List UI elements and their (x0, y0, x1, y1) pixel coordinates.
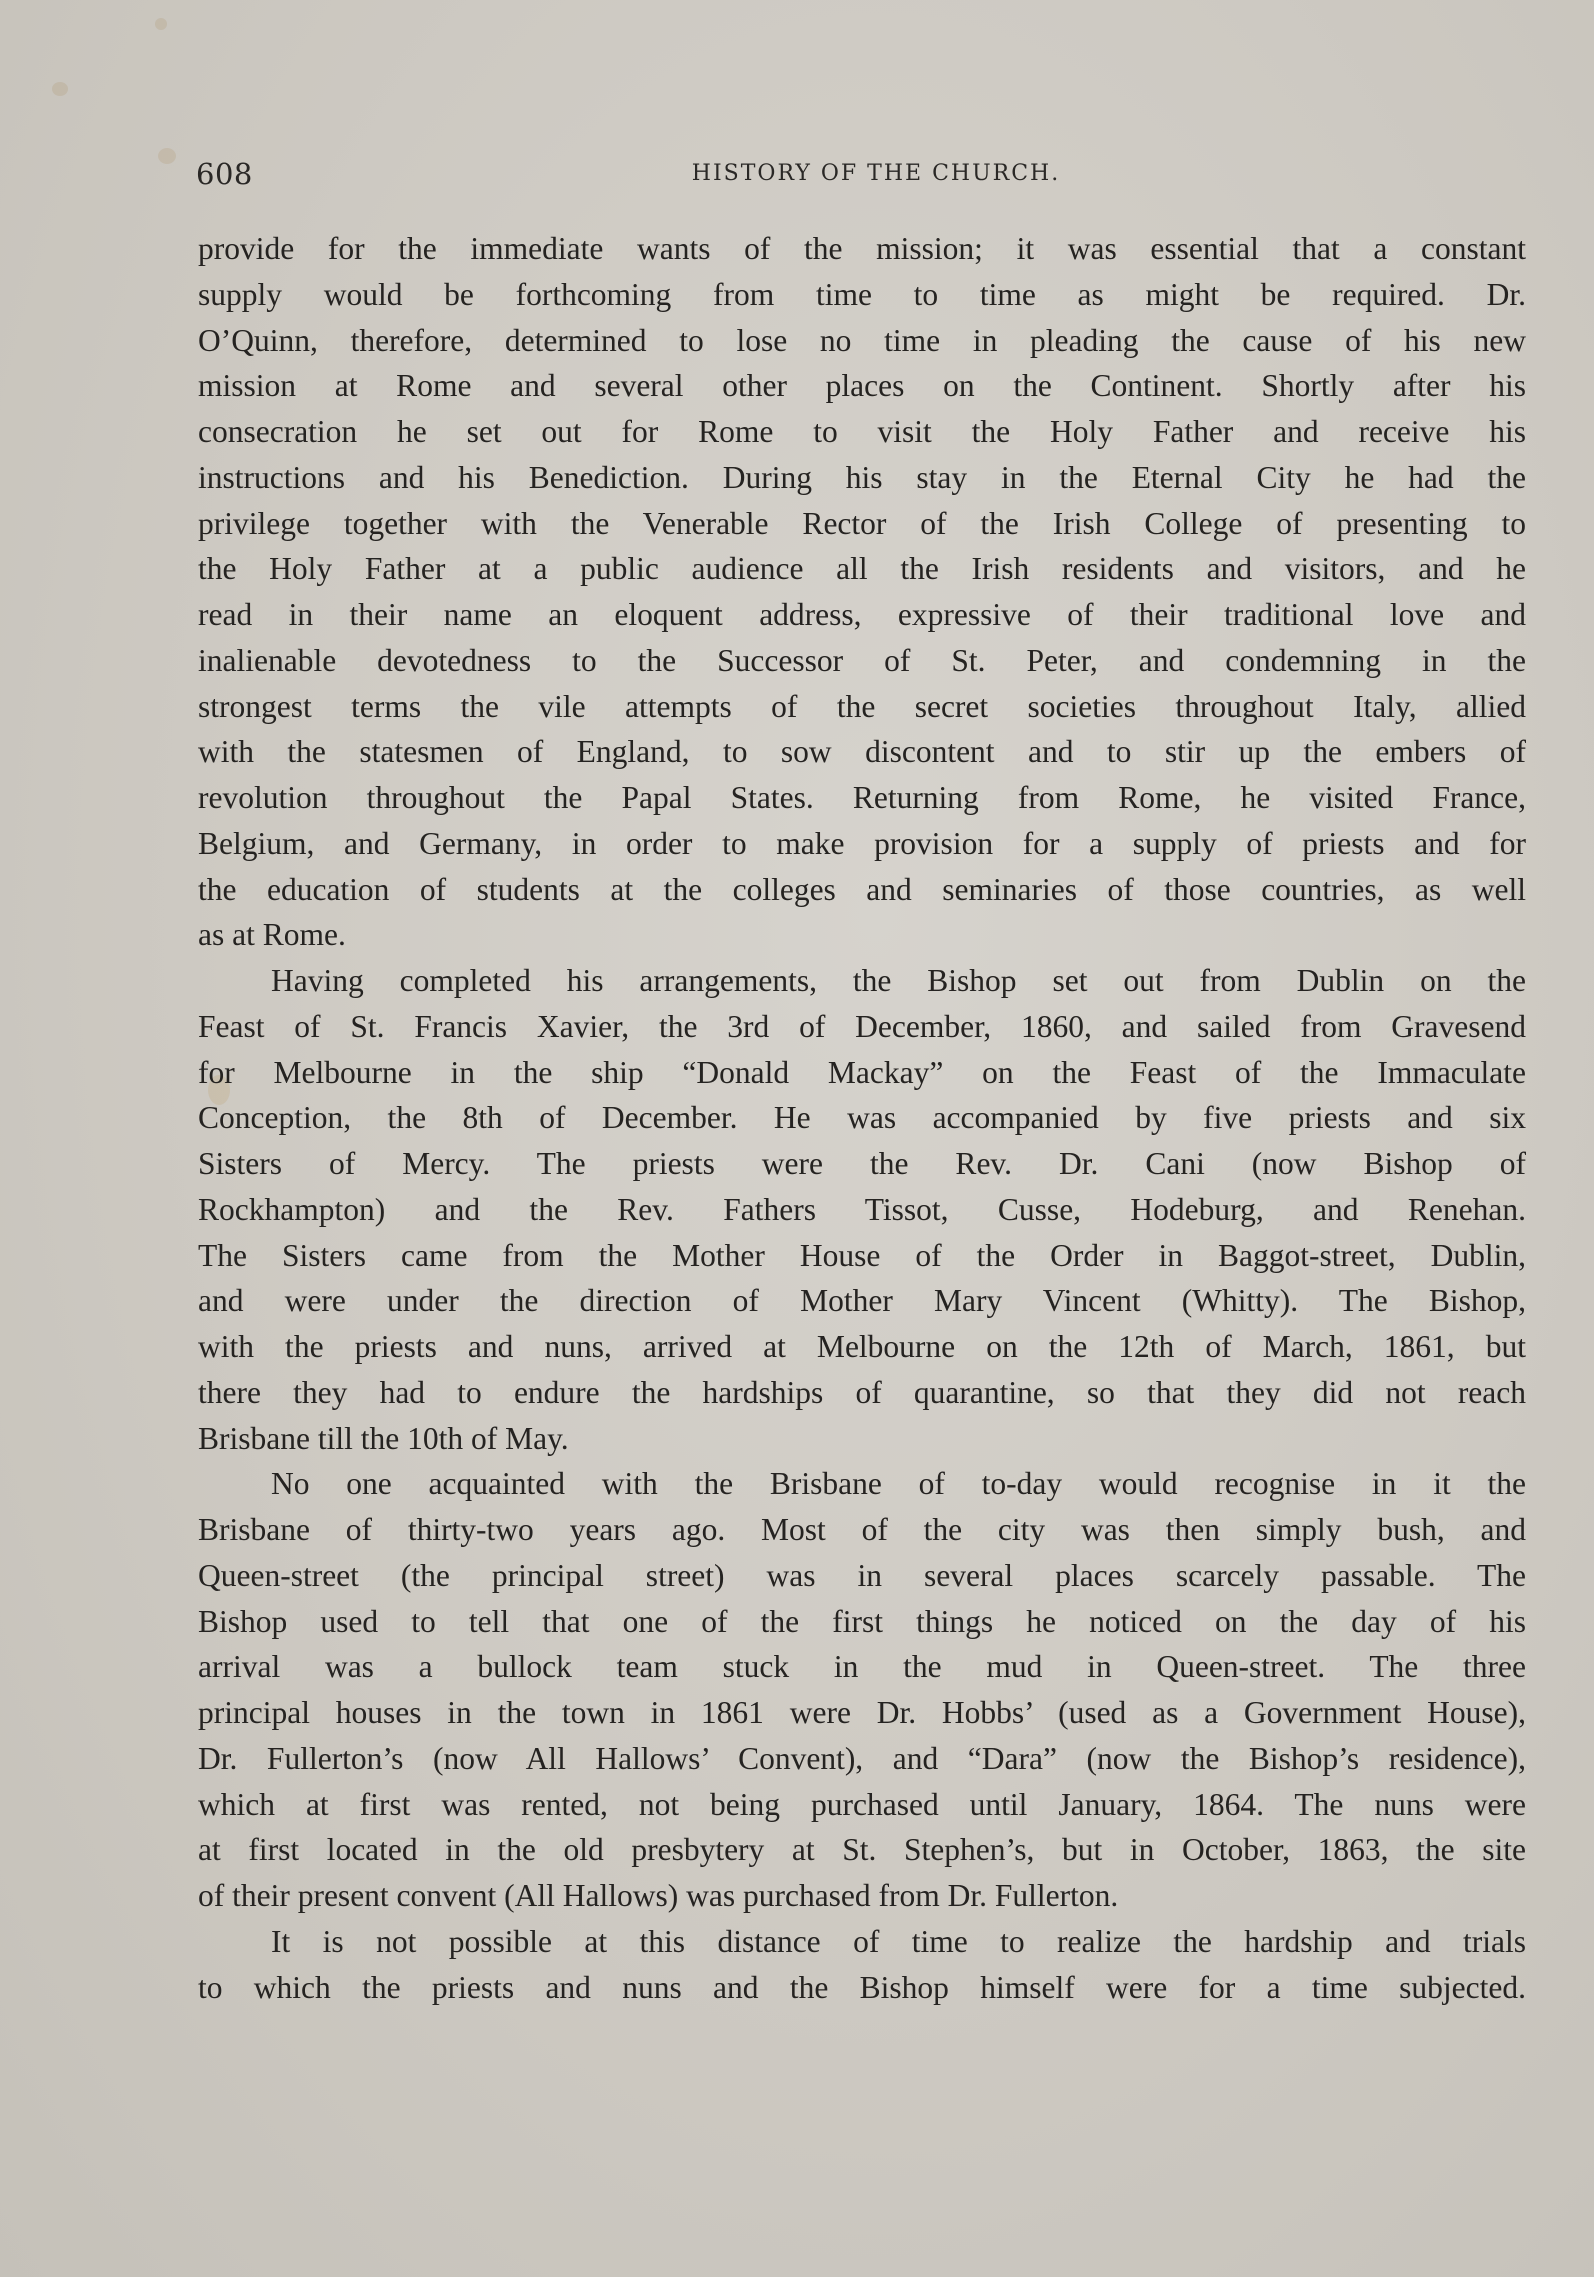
text-line: It is not possible at this distance of t… (198, 1919, 1526, 1965)
foxing-spot (52, 82, 68, 96)
paragraph: No one acquainted with the Brisbane of t… (198, 1461, 1526, 1919)
text-line: No one acquainted with the Brisbane of t… (198, 1461, 1526, 1507)
text-line: of their present convent (All Hallows) w… (198, 1873, 1526, 1919)
text-line: Feast of St. Francis Xavier, the 3rd of … (198, 1004, 1526, 1050)
text-line: principal houses in the town in 1861 wer… (198, 1690, 1526, 1736)
text-line: privilege together with the Venerable Re… (198, 501, 1526, 547)
running-title: HISTORY OF THE CHURCH. (196, 161, 1526, 186)
text-line: arrival was a bullock team stuck in the … (198, 1644, 1526, 1690)
text-line: strongest terms the vile attempts of the… (198, 684, 1526, 730)
text-line: mission at Rome and several other places… (198, 363, 1526, 409)
text-line: as at Rome. (198, 912, 1526, 958)
text-line: and were under the direction of Mother M… (198, 1278, 1526, 1324)
text-line: Dr. Fullerton’s (now All Hallows’ Conven… (198, 1736, 1526, 1782)
running-header: 608 HISTORY OF THE CHURCH. (196, 157, 1526, 197)
text-line: consecration he set out for Rome to visi… (198, 409, 1526, 455)
text-line: Belgium, and Germany, in order to make p… (198, 821, 1526, 867)
text-line: which at first was rented, not being pur… (198, 1782, 1526, 1828)
foxing-spot (158, 148, 176, 164)
foxing-spot (155, 18, 167, 30)
text-line: instructions and his Benediction. During… (198, 455, 1526, 501)
text-line: the Holy Father at a public audience all… (198, 546, 1526, 592)
text-line: Brisbane till the 10th of May. (198, 1416, 1526, 1462)
text-line: the education of students at the college… (198, 867, 1526, 913)
text-line: Brisbane of thirty-two years ago. Most o… (198, 1507, 1526, 1553)
text-line: Sisters of Mercy. The priests were the R… (198, 1141, 1526, 1187)
paragraph: It is not possible at this distance of t… (198, 1919, 1526, 2011)
paragraph: provide for the immediate wants of the m… (198, 226, 1526, 958)
text-line: Conception, the 8th of December. He was … (198, 1095, 1526, 1141)
text-line: at first located in the old presbytery a… (198, 1827, 1526, 1873)
scanned-book-page: 608 HISTORY OF THE CHURCH. provide for t… (0, 0, 1594, 2277)
text-line: read in their name an eloquent address, … (198, 592, 1526, 638)
text-line: Bishop used to tell that one of the firs… (198, 1599, 1526, 1645)
text-line: inalienable devotedness to the Successor… (198, 638, 1526, 684)
text-line: The Sisters came from the Mother House o… (198, 1233, 1526, 1279)
text-line: supply would be forthcoming from time to… (198, 272, 1526, 318)
text-line: Having completed his arrangements, the B… (198, 958, 1526, 1004)
body-text: provide for the immediate wants of the m… (198, 226, 1526, 2010)
text-line: for Melbourne in the ship “Donald Mackay… (198, 1050, 1526, 1096)
text-line: O’Quinn, therefore, determined to lose n… (198, 318, 1526, 364)
text-line: Rockhampton) and the Rev. Fathers Tissot… (198, 1187, 1526, 1233)
text-line: to which the priests and nuns and the Bi… (198, 1965, 1526, 2011)
text-line: Queen-street (the principal street) was … (198, 1553, 1526, 1599)
text-line: revolution throughout the Papal States. … (198, 775, 1526, 821)
text-line: there they had to endure the hardships o… (198, 1370, 1526, 1416)
text-line: with the priests and nuns, arrived at Me… (198, 1324, 1526, 1370)
text-line: provide for the immediate wants of the m… (198, 226, 1526, 272)
text-line: with the statesmen of England, to sow di… (198, 729, 1526, 775)
paragraph: Having completed his arrangements, the B… (198, 958, 1526, 1461)
